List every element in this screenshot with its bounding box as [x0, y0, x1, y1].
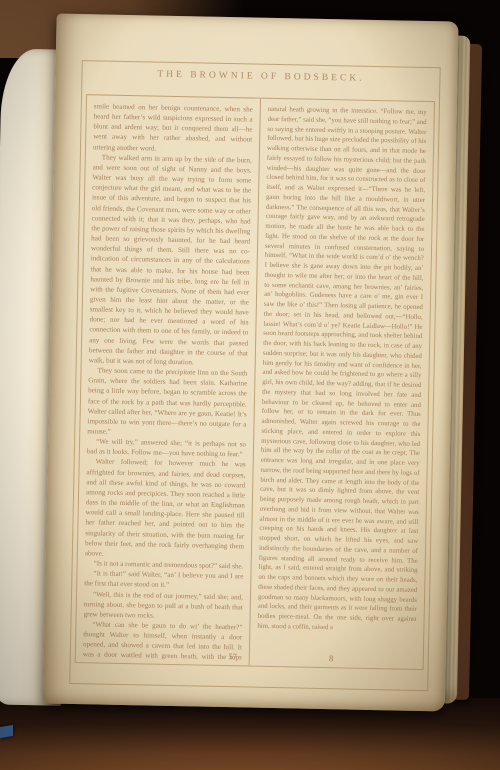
- open-book: THE BROWNIE OF BODSBECK. smile beamed on…: [5, 7, 481, 716]
- paragraph: smile beamed on her benign countenance, …: [93, 101, 253, 155]
- book-photo-scene: THE BROWNIE OF BODSBECK. smile beamed on…: [0, 0, 500, 770]
- book-page: THE BROWNIE OF BODSBECK. smile beamed on…: [43, 14, 459, 712]
- signature-mark: 8: [329, 653, 333, 663]
- blue-ribbon-scrap: [0, 725, 13, 738]
- left-text-column: smile beamed on her benign countenance, …: [76, 95, 260, 665]
- paragraph: “It is that!” said Walter, “an’ I believ…: [84, 568, 243, 591]
- paragraph: They soon came to the precipitate linn o…: [87, 365, 247, 439]
- running-head: THE BROWNIE OF BODSBECK.: [82, 68, 439, 85]
- text-block-frame: smile beamed on her benign countenance, …: [75, 94, 435, 670]
- paragraph: “Well, this is the end of our journey,” …: [84, 589, 244, 623]
- right-text-column: natural heath growing in the interstice.…: [250, 99, 434, 669]
- paragraph: Walter followed; for however much he was…: [85, 457, 246, 562]
- paragraph: They walked arm in arm up by the side of…: [89, 152, 252, 368]
- page-border-frame: THE BROWNIE OF BODSBECK. smile beamed on…: [69, 60, 440, 691]
- page-number: 57: [228, 651, 237, 661]
- paragraph: natural heath growing in the interstice.…: [257, 105, 427, 635]
